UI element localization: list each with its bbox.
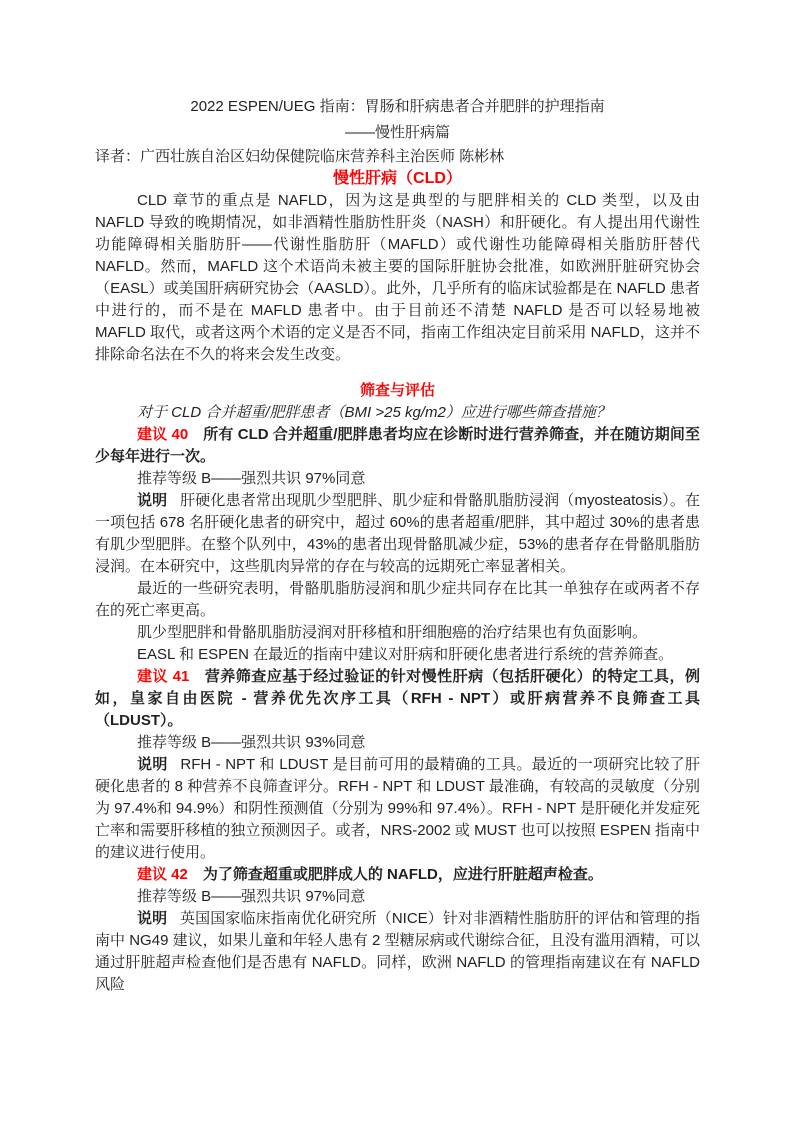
recommendation-41: 建议 41营养筛查应基于经过验证的针对慢性肝病（包括肝硬化）的特定工具，例如，皇… xyxy=(95,666,700,732)
doc-title-line2: ——慢性肝病篇 xyxy=(95,120,700,146)
recommendation-40-note-3: 肌少型肥胖和骨骼肌脂肪浸润对肝移植和肝细胞癌的治疗结果也有负面影响。 xyxy=(95,622,700,644)
translator-line: 译者：广西壮族自治区妇幼保健院临床营养科主治医师 陈彬林 xyxy=(95,146,700,168)
note-42-text: 英国国家临床指南优化研究所（NICE）针对非酒精性脂肪肝的评估和管理的指南中 N… xyxy=(95,910,700,993)
document-page: 2022 ESPEN/UEG 指南：胃肠和肝病患者合并肥胖的护理指南 ——慢性肝… xyxy=(0,0,793,1122)
recommendation-42-text: 为了筛查超重或肥胖成人的 NAFLD，应进行肝脏超声检查。 xyxy=(203,866,603,883)
recommendation-40-note-1: 说明肝硬化患者常出现肌少型肥胖、肌少症和骨骼肌脂肪浸润（myosteatosis… xyxy=(95,490,700,578)
note-40-text: 肝硬化患者常出现肌少型肥胖、肌少症和骨骼肌脂肪浸润（myosteatosis）。… xyxy=(95,492,700,575)
note-40-label: 说明 xyxy=(137,492,167,509)
cld-intro-paragraph: CLD 章节的重点是 NAFLD，因为这是典型的与肥胖相关的 CLD 类型，以及… xyxy=(95,190,700,366)
section-heading-screening: 筛查与评估 xyxy=(95,380,700,402)
recommendation-40-label: 建议 40 xyxy=(137,426,188,443)
recommendation-40-grade: 推荐等级 B——强烈共识 97%同意 xyxy=(95,468,700,490)
recommendation-42: 建议 42为了筛查超重或肥胖成人的 NAFLD，应进行肝脏超声检查。 xyxy=(95,864,700,886)
recommendation-40-note-2: 最近的一些研究表明，骨骼肌脂肪浸润和肌少症共同存在比其一单独存在或两者不存在的死… xyxy=(95,578,700,622)
recommendation-42-note-1: 说明英国国家临床指南优化研究所（NICE）针对非酒精性脂肪肝的评估和管理的指南中… xyxy=(95,908,700,996)
note-41-text: RFH - NPT 和 LDUST 是目前可用的最精确的工具。最近的一项研究比较… xyxy=(95,756,700,861)
screening-question: 对于 CLD 合并超重/肥胖患者（BMI >25 kg/m2）应进行哪些筛查措施… xyxy=(95,402,700,424)
recommendation-40-note-4: EASL 和 ESPEN 在最近的指南中建议对肝病和肝硬化患者进行系统的营养筛查… xyxy=(95,644,700,666)
recommendation-42-label: 建议 42 xyxy=(137,866,188,883)
recommendation-40: 建议 40所有 CLD 合并超重/肥胖患者均应在诊断时进行营养筛查，并在随访期间… xyxy=(95,424,700,468)
doc-title-line1: 2022 ESPEN/UEG 指南：胃肠和肝病患者合并肥胖的护理指南 xyxy=(95,94,700,120)
recommendation-42-grade: 推荐等级 B——强烈共识 97%同意 xyxy=(95,886,700,908)
recommendation-41-label: 建议 41 xyxy=(137,668,189,685)
note-42-label: 说明 xyxy=(137,910,167,927)
recommendation-41-grade: 推荐等级 B——强烈共识 93%同意 xyxy=(95,732,700,754)
recommendation-41-note-1: 说明RFH - NPT 和 LDUST 是目前可用的最精确的工具。最近的一项研究… xyxy=(95,754,700,864)
note-41-label: 说明 xyxy=(137,756,168,773)
section-heading-cld: 慢性肝病（CLD） xyxy=(95,168,700,190)
